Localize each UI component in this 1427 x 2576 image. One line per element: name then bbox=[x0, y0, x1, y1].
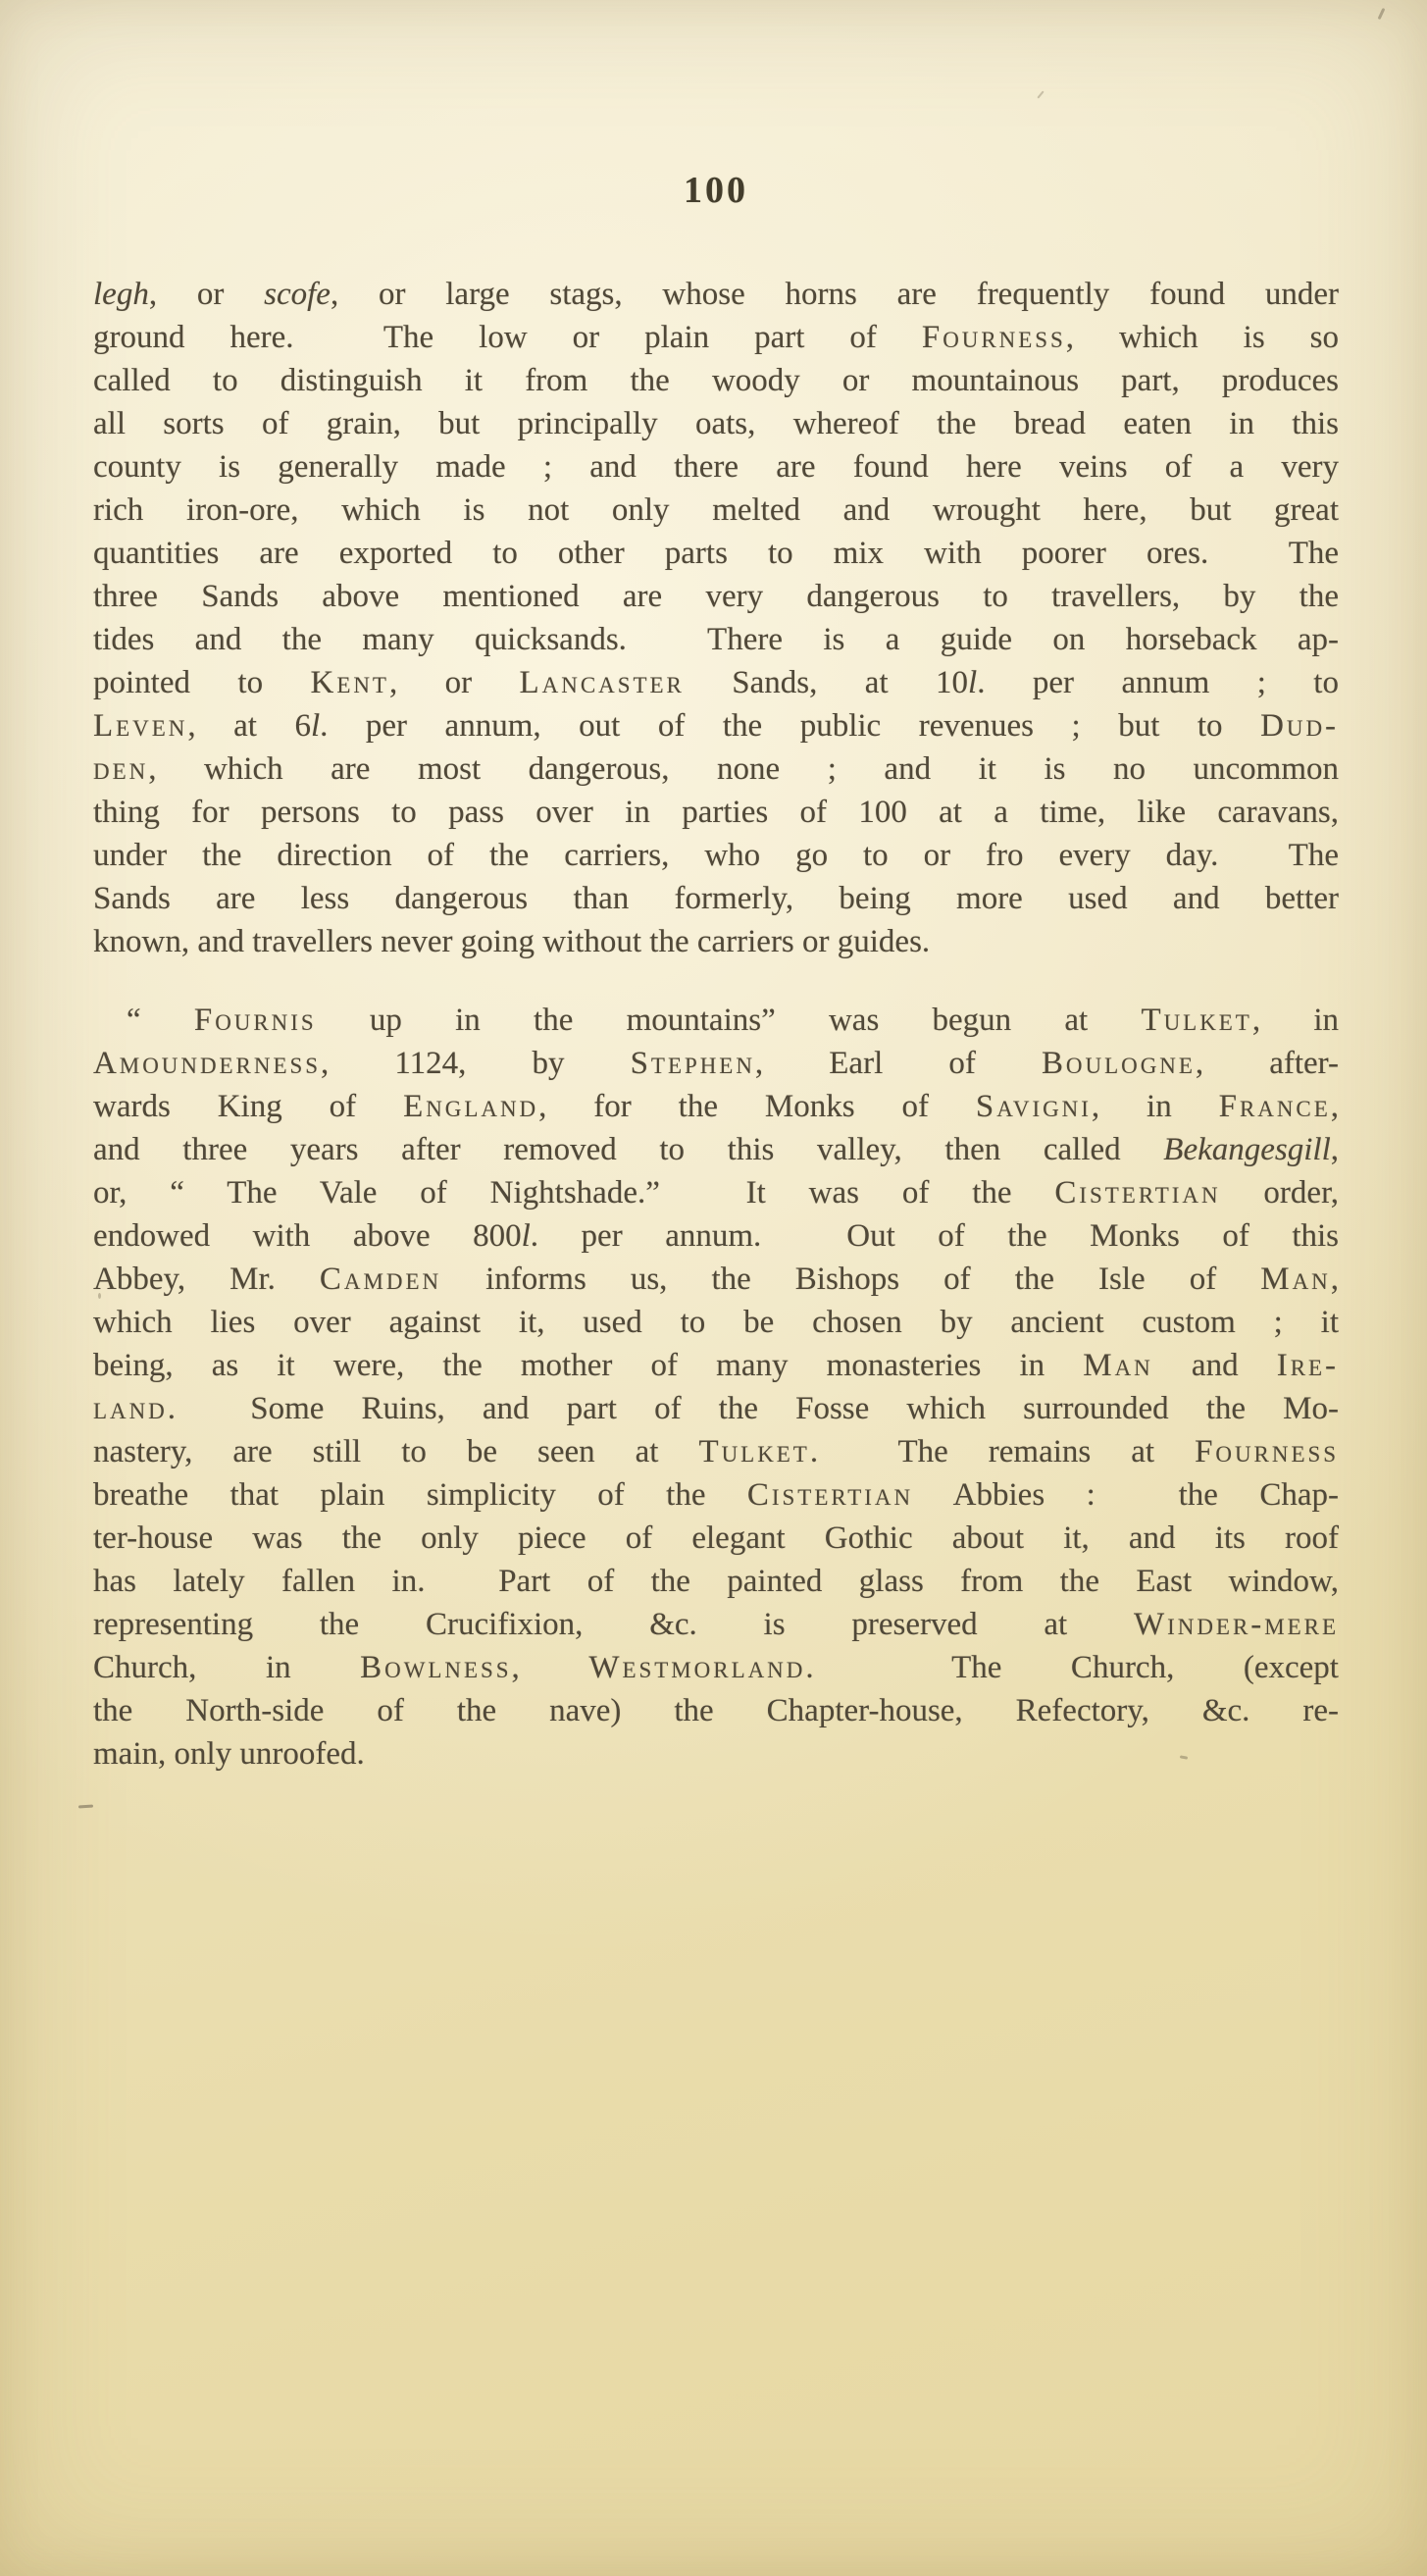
body-text: or, “ The Vale of Nightshade.” It was of… bbox=[93, 1175, 1054, 1211]
small-caps-text: Bowlness bbox=[360, 1650, 511, 1685]
body-text: , Earl of bbox=[755, 1046, 1042, 1081]
body-text: . The remains at bbox=[810, 1434, 1195, 1469]
italic-text: legh bbox=[93, 277, 149, 312]
small-caps-text: den bbox=[93, 751, 148, 787]
body-text: order, bbox=[1221, 1175, 1339, 1211]
italic-text: l bbox=[968, 665, 977, 700]
text-line: den, which are most dangerous, none ; an… bbox=[93, 747, 1339, 791]
text-line: called to distinguish it from the woody … bbox=[93, 359, 1339, 402]
body-text: , in bbox=[1252, 1003, 1339, 1038]
body-text: ter-house was the only piece of elegant … bbox=[93, 1520, 1339, 1556]
body-text: , at 6 bbox=[187, 708, 311, 744]
body-text: has lately fallen in. Part of the painte… bbox=[93, 1564, 1339, 1599]
scanned-page: { "page": { "number": "100", "paragraphs… bbox=[0, 0, 1427, 2576]
text-line: Leven, at 6l. per annum, out of the publ… bbox=[93, 704, 1339, 747]
body-text: and three years after removed to this va… bbox=[93, 1132, 1163, 1167]
small-caps-text: Tulket bbox=[698, 1434, 809, 1469]
body-text: and bbox=[1153, 1348, 1277, 1383]
ink-speck bbox=[1378, 8, 1386, 20]
small-caps-text: Savigni bbox=[976, 1089, 1092, 1124]
small-caps-text: Leven bbox=[93, 708, 187, 744]
body-text: , 1124, by bbox=[321, 1046, 631, 1081]
body-text: wards King of bbox=[93, 1089, 403, 1124]
small-caps-text: Cistertian bbox=[747, 1477, 913, 1513]
text-line: under the direction of the carriers, who… bbox=[93, 834, 1339, 877]
small-caps-text: Winder-mere bbox=[1134, 1607, 1339, 1642]
body-text: pointed to bbox=[93, 665, 311, 700]
text-line: the North-side of the nave) the Chapter-… bbox=[93, 1689, 1339, 1732]
body-text: . per annum. Out of the Monks of this bbox=[531, 1218, 1339, 1254]
small-caps-text: Man bbox=[1083, 1348, 1152, 1383]
small-caps-text: France bbox=[1219, 1089, 1331, 1124]
body-text: . Some Ruins, and part of the Fosse whic… bbox=[168, 1391, 1339, 1426]
body-text: up in the mountains” was begun at bbox=[317, 1003, 1142, 1038]
body-text: , or large stags, whose horns are freque… bbox=[331, 277, 1339, 312]
small-caps-text: Kent bbox=[311, 665, 389, 700]
body-text: . per annum ; to bbox=[977, 665, 1339, 700]
text-line: Church, in Bowlness, Westmorland. The Ch… bbox=[93, 1646, 1339, 1689]
body-text: , bbox=[512, 1650, 589, 1685]
text-line: breathe that plain simplicity of the Cis… bbox=[93, 1473, 1339, 1517]
body-text: . per annum, out of the public revenues … bbox=[320, 708, 1260, 744]
body-text: all sorts of grain, but principally oats… bbox=[93, 406, 1339, 441]
body-text: Abbey, Mr. bbox=[93, 1262, 320, 1297]
body-text: , bbox=[1331, 1132, 1339, 1167]
body-text: under the direction of the carriers, who… bbox=[93, 838, 1339, 873]
body-text: , bbox=[1331, 1262, 1339, 1297]
small-caps-text: Fournis bbox=[194, 1003, 317, 1038]
text-line: quantities are exported to other parts t… bbox=[93, 532, 1339, 575]
small-caps-text: Stephen bbox=[631, 1046, 755, 1081]
body-text: , in bbox=[1092, 1089, 1219, 1124]
body-text: breathe that plain simplicity of the bbox=[93, 1477, 747, 1513]
text-line: known, and travellers never going withou… bbox=[93, 920, 1339, 963]
italic-text: l bbox=[311, 708, 320, 744]
body-text: three Sands above mentioned are very dan… bbox=[93, 579, 1339, 614]
small-caps-text: Ire- bbox=[1277, 1348, 1339, 1383]
body-text: , bbox=[1331, 1089, 1339, 1124]
text-line: endowed with above 800l. per annum. Out … bbox=[93, 1214, 1339, 1258]
body-text: , which is so bbox=[1066, 320, 1339, 355]
body-text: quantities are exported to other parts t… bbox=[93, 536, 1339, 571]
text-line: county is generally made ; and there are… bbox=[93, 445, 1339, 489]
body-text: county is generally made ; and there are… bbox=[93, 449, 1339, 485]
body-text: informs us, the Bishops of the Isle of bbox=[441, 1262, 1260, 1297]
text-line: ter-house was the only piece of elegant … bbox=[93, 1517, 1339, 1560]
small-caps-text: Amounderness bbox=[93, 1046, 321, 1081]
text-line: land. Some Ruins, and part of the Fosse … bbox=[93, 1387, 1339, 1430]
body-text: , or bbox=[389, 665, 520, 700]
body-text: , or bbox=[149, 277, 264, 312]
body-text: “ bbox=[127, 1003, 194, 1038]
text-line: pointed to Kent, or Lancaster Sands, at … bbox=[93, 661, 1339, 704]
text-line: thing for persons to pass over in partie… bbox=[93, 791, 1339, 834]
body-text: Sands are less dangerous than formerly, … bbox=[93, 881, 1339, 916]
body-text: being, as it were, the mother of many mo… bbox=[93, 1348, 1083, 1383]
body-text: the North-side of the nave) the Chapter-… bbox=[93, 1693, 1339, 1728]
body-text: . The Church, (except bbox=[805, 1650, 1339, 1685]
body-text: main, only unroofed. bbox=[93, 1736, 365, 1772]
body-text: nastery, are still to be seen at bbox=[93, 1434, 698, 1469]
body-text: tides and the many quicksands. There is … bbox=[93, 622, 1339, 657]
body-text: called to distinguish it from the woody … bbox=[93, 363, 1339, 398]
body-text: known, and travellers never going withou… bbox=[93, 924, 930, 959]
italic-text: Bekangesgill bbox=[1163, 1132, 1330, 1167]
text-line: rich iron-ore, which is not only melted … bbox=[93, 489, 1339, 532]
text-line: Abbey, Mr. Camden informs us, the Bishop… bbox=[93, 1258, 1339, 1301]
body-text: endowed with above 800 bbox=[93, 1218, 522, 1254]
body-text: Abbies : the Chap- bbox=[913, 1477, 1339, 1513]
text-line: being, as it were, the mother of many mo… bbox=[93, 1344, 1339, 1387]
text-line: has lately fallen in. Part of the painte… bbox=[93, 1560, 1339, 1603]
ink-speck bbox=[78, 1804, 93, 1808]
paragraph: legh, or scofe, or large stags, whose ho… bbox=[93, 273, 1339, 963]
body-text: Church, in bbox=[93, 1650, 360, 1685]
body-text: , which are most dangerous, none ; and i… bbox=[148, 751, 1339, 787]
body-text: thing for persons to pass over in partie… bbox=[93, 795, 1339, 830]
ink-speck bbox=[1037, 90, 1044, 98]
text-line: or, “ The Vale of Nightshade.” It was of… bbox=[93, 1171, 1339, 1214]
text-line: “ Fournis up in the mountains” was begun… bbox=[93, 999, 1339, 1042]
text-line: tides and the many quicksands. There is … bbox=[93, 618, 1339, 661]
small-caps-text: Camden bbox=[320, 1262, 441, 1297]
body-text: , for the Monks of bbox=[538, 1089, 976, 1124]
text-line: Sands are less dangerous than formerly, … bbox=[93, 877, 1339, 920]
text-line: main, only unroofed. bbox=[93, 1732, 1339, 1776]
text-block: legh, or scofe, or large stags, whose ho… bbox=[93, 273, 1339, 1776]
small-caps-text: Boulogne bbox=[1042, 1046, 1196, 1081]
small-caps-text: Dud- bbox=[1260, 708, 1339, 744]
text-line: representing the Crucifixion, &c. is pre… bbox=[93, 1603, 1339, 1646]
body-text: , after- bbox=[1196, 1046, 1339, 1081]
italic-text: l bbox=[522, 1218, 531, 1254]
text-line: wards King of England, for the Monks of … bbox=[93, 1085, 1339, 1128]
small-caps-text: Tulket bbox=[1141, 1003, 1251, 1038]
page-number: 100 bbox=[93, 169, 1339, 212]
body-text: rich iron-ore, which is not only melted … bbox=[93, 492, 1339, 528]
small-caps-text: Man bbox=[1260, 1262, 1330, 1297]
body-text: ground here. The low or plain part of bbox=[93, 320, 922, 355]
text-line: legh, or scofe, or large stags, whose ho… bbox=[93, 273, 1339, 316]
text-line: three Sands above mentioned are very dan… bbox=[93, 575, 1339, 618]
body-text: which lies over against it, used to be c… bbox=[93, 1305, 1339, 1340]
body-text: representing the Crucifixion, &c. is pre… bbox=[93, 1607, 1134, 1642]
small-caps-text: land bbox=[93, 1391, 168, 1426]
italic-text: scofe bbox=[264, 277, 331, 312]
small-caps-text: Cistertian bbox=[1054, 1175, 1220, 1211]
body-text: Sands, at 10 bbox=[685, 665, 968, 700]
text-line: which lies over against it, used to be c… bbox=[93, 1301, 1339, 1344]
text-line: and three years after removed to this va… bbox=[93, 1128, 1339, 1171]
text-line: Amounderness, 1124, by Stephen, Earl of … bbox=[93, 1042, 1339, 1085]
small-caps-text: England bbox=[403, 1089, 538, 1124]
small-caps-text: Fourness bbox=[1195, 1434, 1339, 1469]
small-caps-text: Fourness bbox=[922, 320, 1066, 355]
small-caps-text: Westmorland bbox=[588, 1650, 805, 1685]
paragraph: “ Fournis up in the mountains” was begun… bbox=[93, 999, 1339, 1776]
text-line: nastery, are still to be seen at Tulket.… bbox=[93, 1430, 1339, 1473]
small-caps-text: Lancaster bbox=[520, 665, 685, 700]
text-line: all sorts of grain, but principally oats… bbox=[93, 402, 1339, 445]
text-line: ground here. The low or plain part of Fo… bbox=[93, 316, 1339, 359]
